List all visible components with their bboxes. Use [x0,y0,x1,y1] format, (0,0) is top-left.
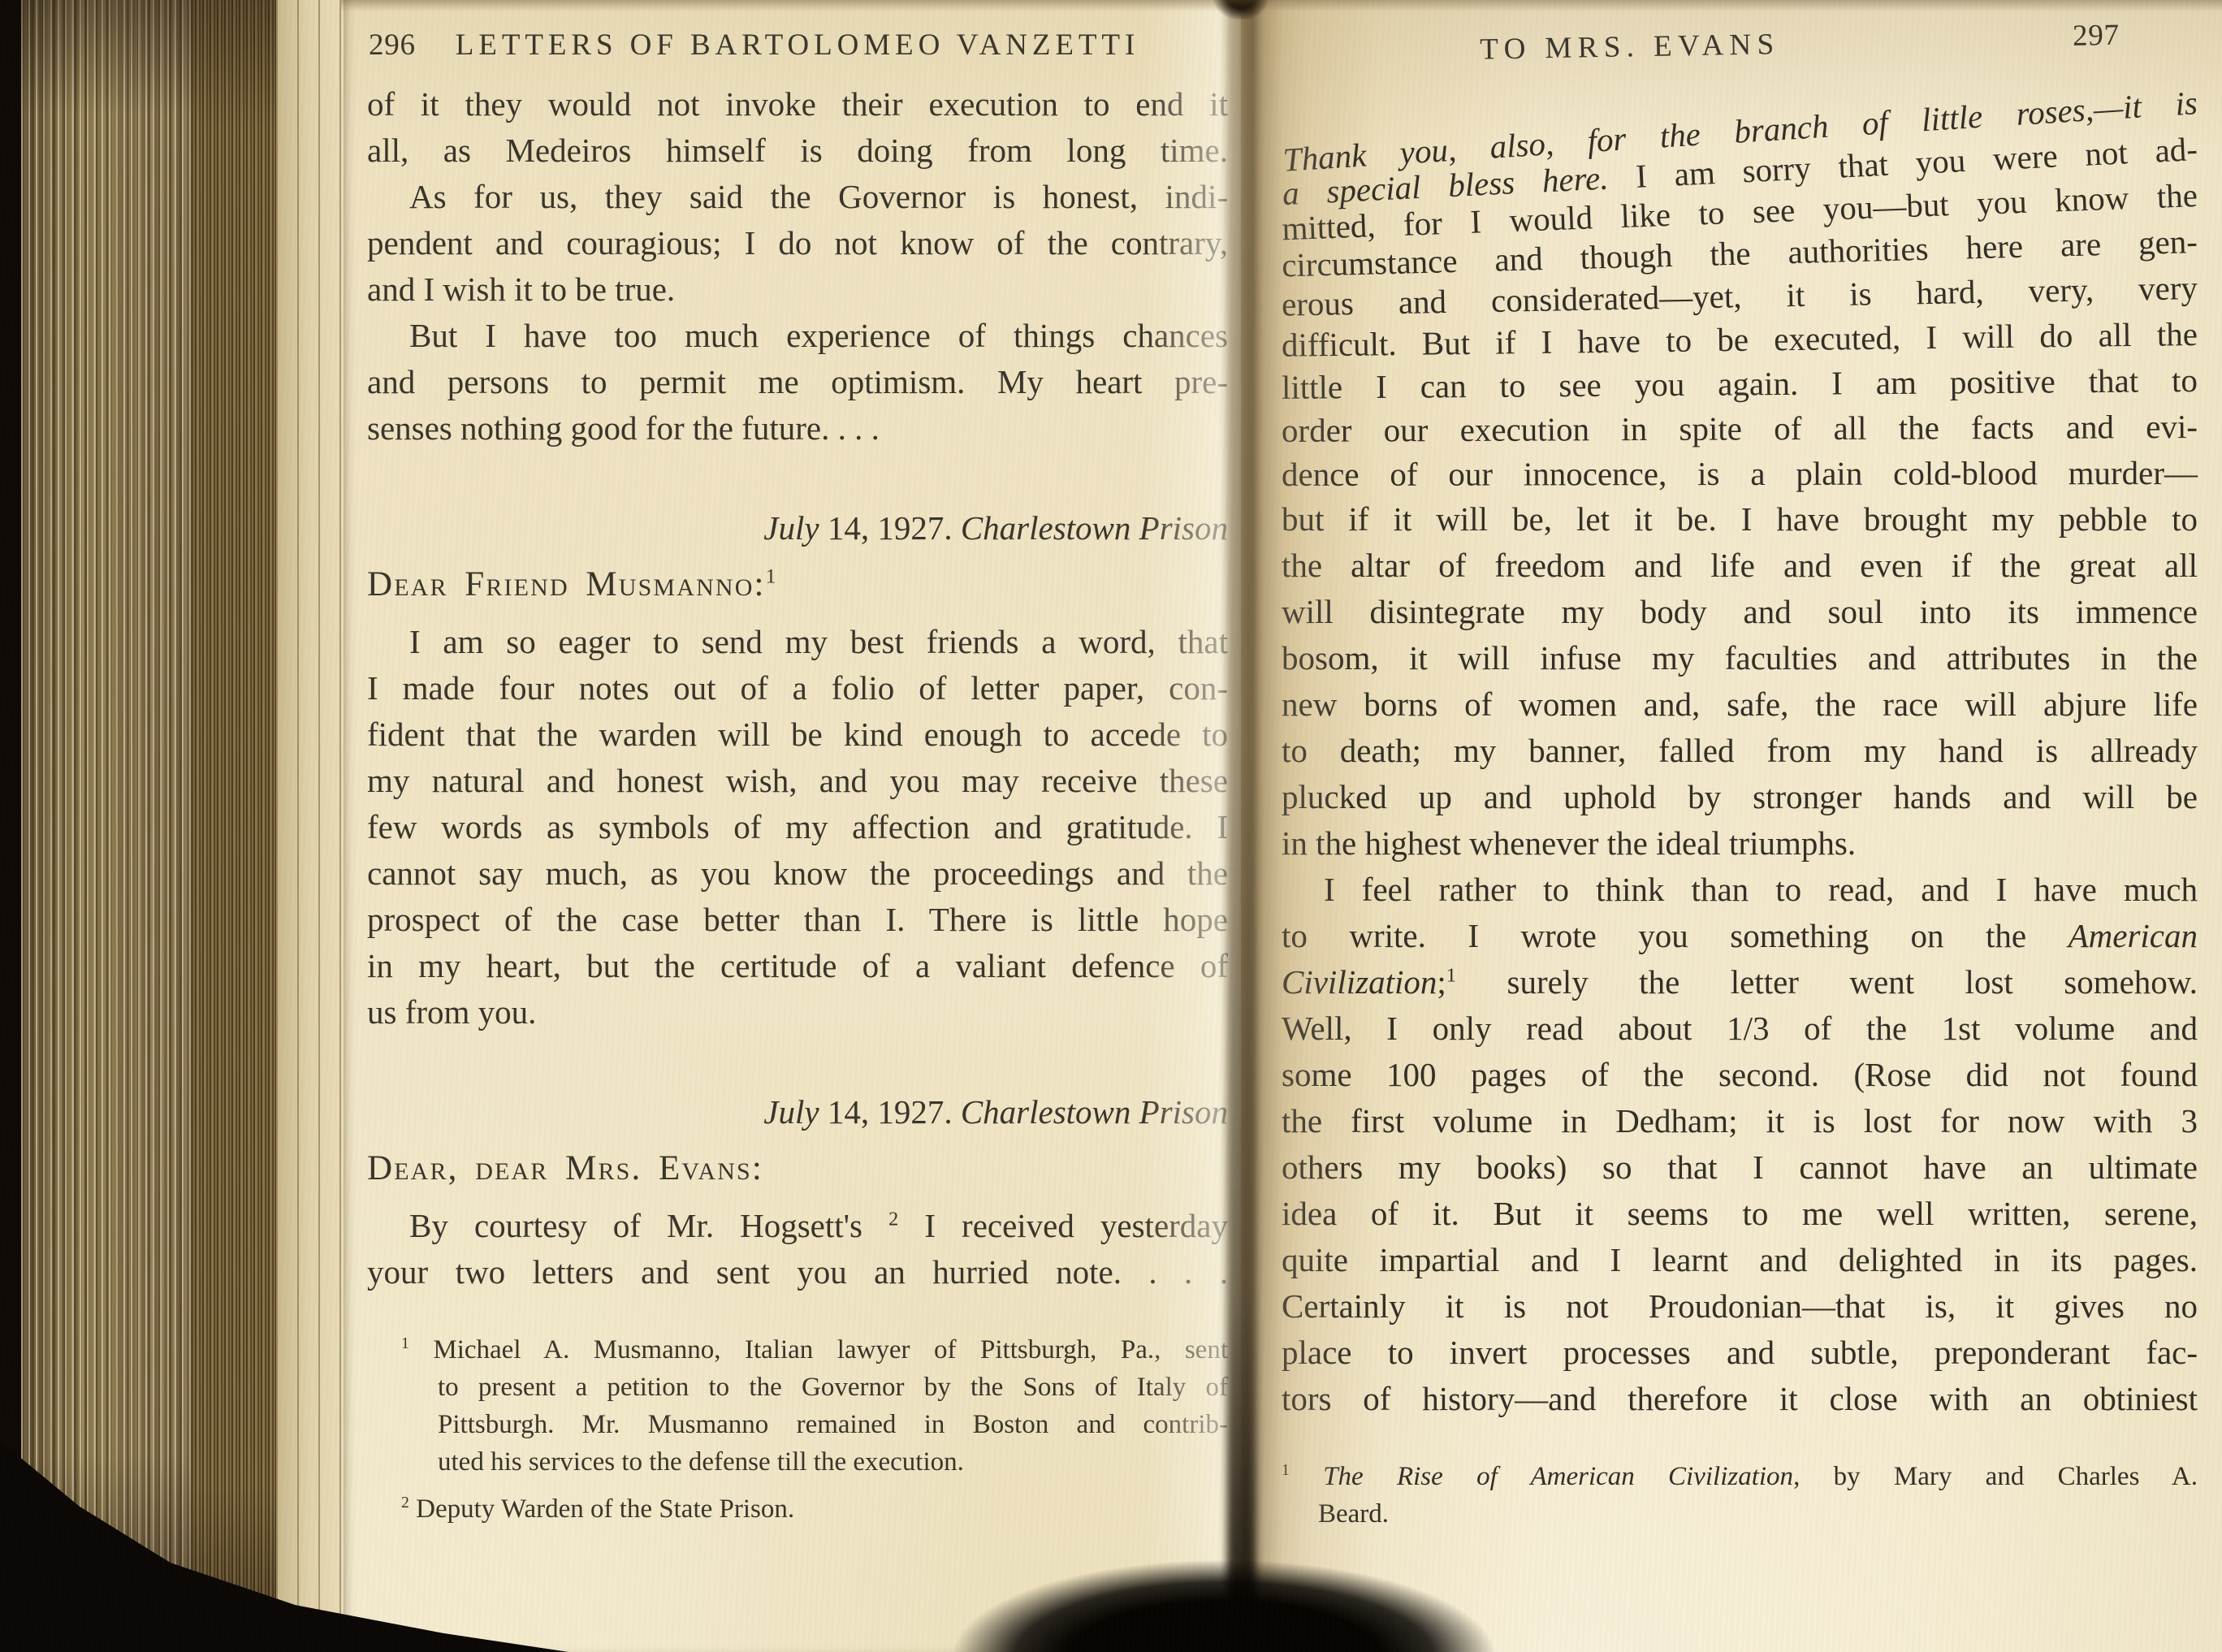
text-line: Pittsburgh. Mr. Musmanno remained in Bos… [401,1406,1228,1443]
book-page-edges-light [276,0,344,1652]
running-head-left: 296 LETTERS OF BARTOLOMEO VANZETTI [367,28,1228,70]
letter-salutation-evans: Dear, dear Mrs. Evans: [367,1145,1228,1191]
text-line: place to invert processes and subtle, pr… [1282,1330,2198,1376]
text-line: But I have too much experience of things… [367,313,1228,359]
right-page-content: TO MRS. EVANS 297 Thank you, also, for t… [1282,28,2198,1533]
book-page-edges [21,0,192,1652]
text-line: my natural and honest wish, and you may … [367,758,1228,804]
text-line: I am so eager to send my best friends a … [367,619,1228,665]
footnotes-left: 1 Michael A. Musmanno, Italian lawyer of… [401,1331,1228,1528]
letter-paragraph: By courtesy of Mr. Hogsett's 2 I receive… [367,1203,1228,1295]
text-line: Beard. [1282,1495,2198,1533]
text-line: uted his services to the defense till th… [401,1443,1228,1481]
text-line: to write. I wrote you something on the A… [1282,913,2198,959]
text-line: new borns of women and, safe, the race w… [1282,681,2198,728]
text-line: order our execution in spite of all the … [1282,404,2198,454]
text-line: fident that the warden will be kind enou… [367,711,1228,758]
letter-text-right: Thank you, also, for the branch of littl… [1282,80,2198,1533]
text-line: will disintegrate my body and soul into … [1282,589,2198,635]
letter-text-left: of it they would not invoke their execut… [367,81,1228,1528]
text-line: little I can to see you again. I am posi… [1282,357,2198,411]
running-title-left: LETTERS OF BARTOLOMEO VANZETTI [367,28,1228,63]
book-page-edges-dense [192,0,276,1652]
open-book-photo: 296 LETTERS OF BARTOLOMEO VANZETTI of it… [0,0,2222,1652]
text-line: idea of it. But it seems to me well writ… [1282,1191,2198,1237]
letter-dateline-evans: July 14, 1927. Charlestown Prison [367,1089,1228,1135]
left-page-content: 296 LETTERS OF BARTOLOMEO VANZETTI of it… [367,28,1228,1528]
page-number-right: 297 [2073,18,2120,54]
text-line: but if it will be, let it be. I have bro… [1282,496,2198,543]
footnote-musmanno: 1 Michael A. Musmanno, Italian lawyer of… [401,1331,1228,1481]
text-line: prospect of the case better than I. Ther… [367,897,1228,943]
text-line: 1 The Rise of American Civilization, by … [1282,1458,2198,1495]
text-line: tors of history—and therefore it close w… [1282,1376,2198,1422]
text-line: bosom, it will infuse my faculties and a… [1282,635,2198,681]
letter-paragraph: I am so eager to send my best friends a … [367,619,1228,1036]
text-line: your two letters and sent you an hurried… [367,1249,1228,1295]
text-line: plucked up and uphold by stronger hands … [1282,774,2198,820]
text-line: quite impartial and I learnt and delight… [1282,1237,2198,1283]
text-line: As for us, they said the Governor is hon… [367,174,1228,220]
left-page: 296 LETTERS OF BARTOLOMEO VANZETTI of it… [344,0,1241,1652]
text-line: the altar of freedom and life and even i… [1282,543,2198,589]
text-line: and persons to permit me optimism. My he… [367,359,1228,405]
footnote-beard: 1 The Rise of American Civilization, by … [1282,1458,2198,1533]
text-line: of it they would not invoke their execut… [367,81,1228,128]
text-line: I made four notes out of a folio of lett… [367,665,1228,711]
letter-paragraph: Thank you, also, for the branch of littl… [1282,80,2198,867]
letter-paragraph: I feel rather to think than to read, and… [1282,867,2198,1422]
text-line: in my heart, but the certitude of a vali… [367,943,1228,989]
text-line: Certainly it is not Proudonian—that is, … [1282,1283,2198,1330]
text-line: to present a petition to the Governor by… [401,1369,1228,1406]
text-line: others my books) so that I cannot have a… [1282,1144,2198,1191]
text-line: all, as Medeiros himself is doing from l… [367,128,1228,174]
letter-dateline-musmanno: July 14, 1927. Charlestown Prison [367,505,1228,551]
text-line: 2 Deputy Warden of the State Prison. [401,1490,1228,1528]
text-line: Well, I only read about 1/3 of the 1st v… [1282,1005,2198,1052]
footnotes-right: 1 The Rise of American Civilization, by … [1282,1458,2198,1533]
text-line: senses nothing good for the future. . . … [367,405,1228,452]
text-line: some 100 pages of the second. (Rose did … [1282,1052,2198,1098]
text-line: us from you. [367,989,1228,1036]
text-line: pendent and couragious; I do not know of… [367,220,1228,266]
right-page: TO MRS. EVANS 297 Thank you, also, for t… [1241,0,2222,1652]
running-head-right: TO MRS. EVANS 297 [1282,19,2198,78]
text-line: to death; my banner, falled from my hand… [1282,728,2198,774]
text-line: cannot say much, as you know the proceed… [367,850,1228,897]
text-line: dence of our innocence, is a plain cold-… [1282,450,2198,498]
letter-paragraph: of it they would not invoke their execut… [367,81,1228,452]
text-line: I feel rather to think than to read, and… [1282,867,2198,913]
text-line: 1 Michael A. Musmanno, Italian lawyer of… [401,1331,1228,1369]
letter-salutation-musmanno: Dear Friend Musmanno:1 [367,561,1228,608]
text-line: Civilization;1 surely the letter went lo… [1282,959,2198,1005]
footnote-deputy-warden: 2 Deputy Warden of the State Prison. [401,1490,1228,1528]
text-line: By courtesy of Mr. Hogsett's 2 I receive… [367,1203,1228,1249]
text-line: and I wish it to be true. [367,266,1228,313]
text-line: in the highest whenever the ideal triump… [1282,820,2198,867]
text-line: few words as symbols of my affection and… [367,804,1228,850]
running-title-right: TO MRS. EVANS [1282,24,1979,71]
text-line: the first volume in Dedham; it is lost f… [1282,1098,2198,1144]
